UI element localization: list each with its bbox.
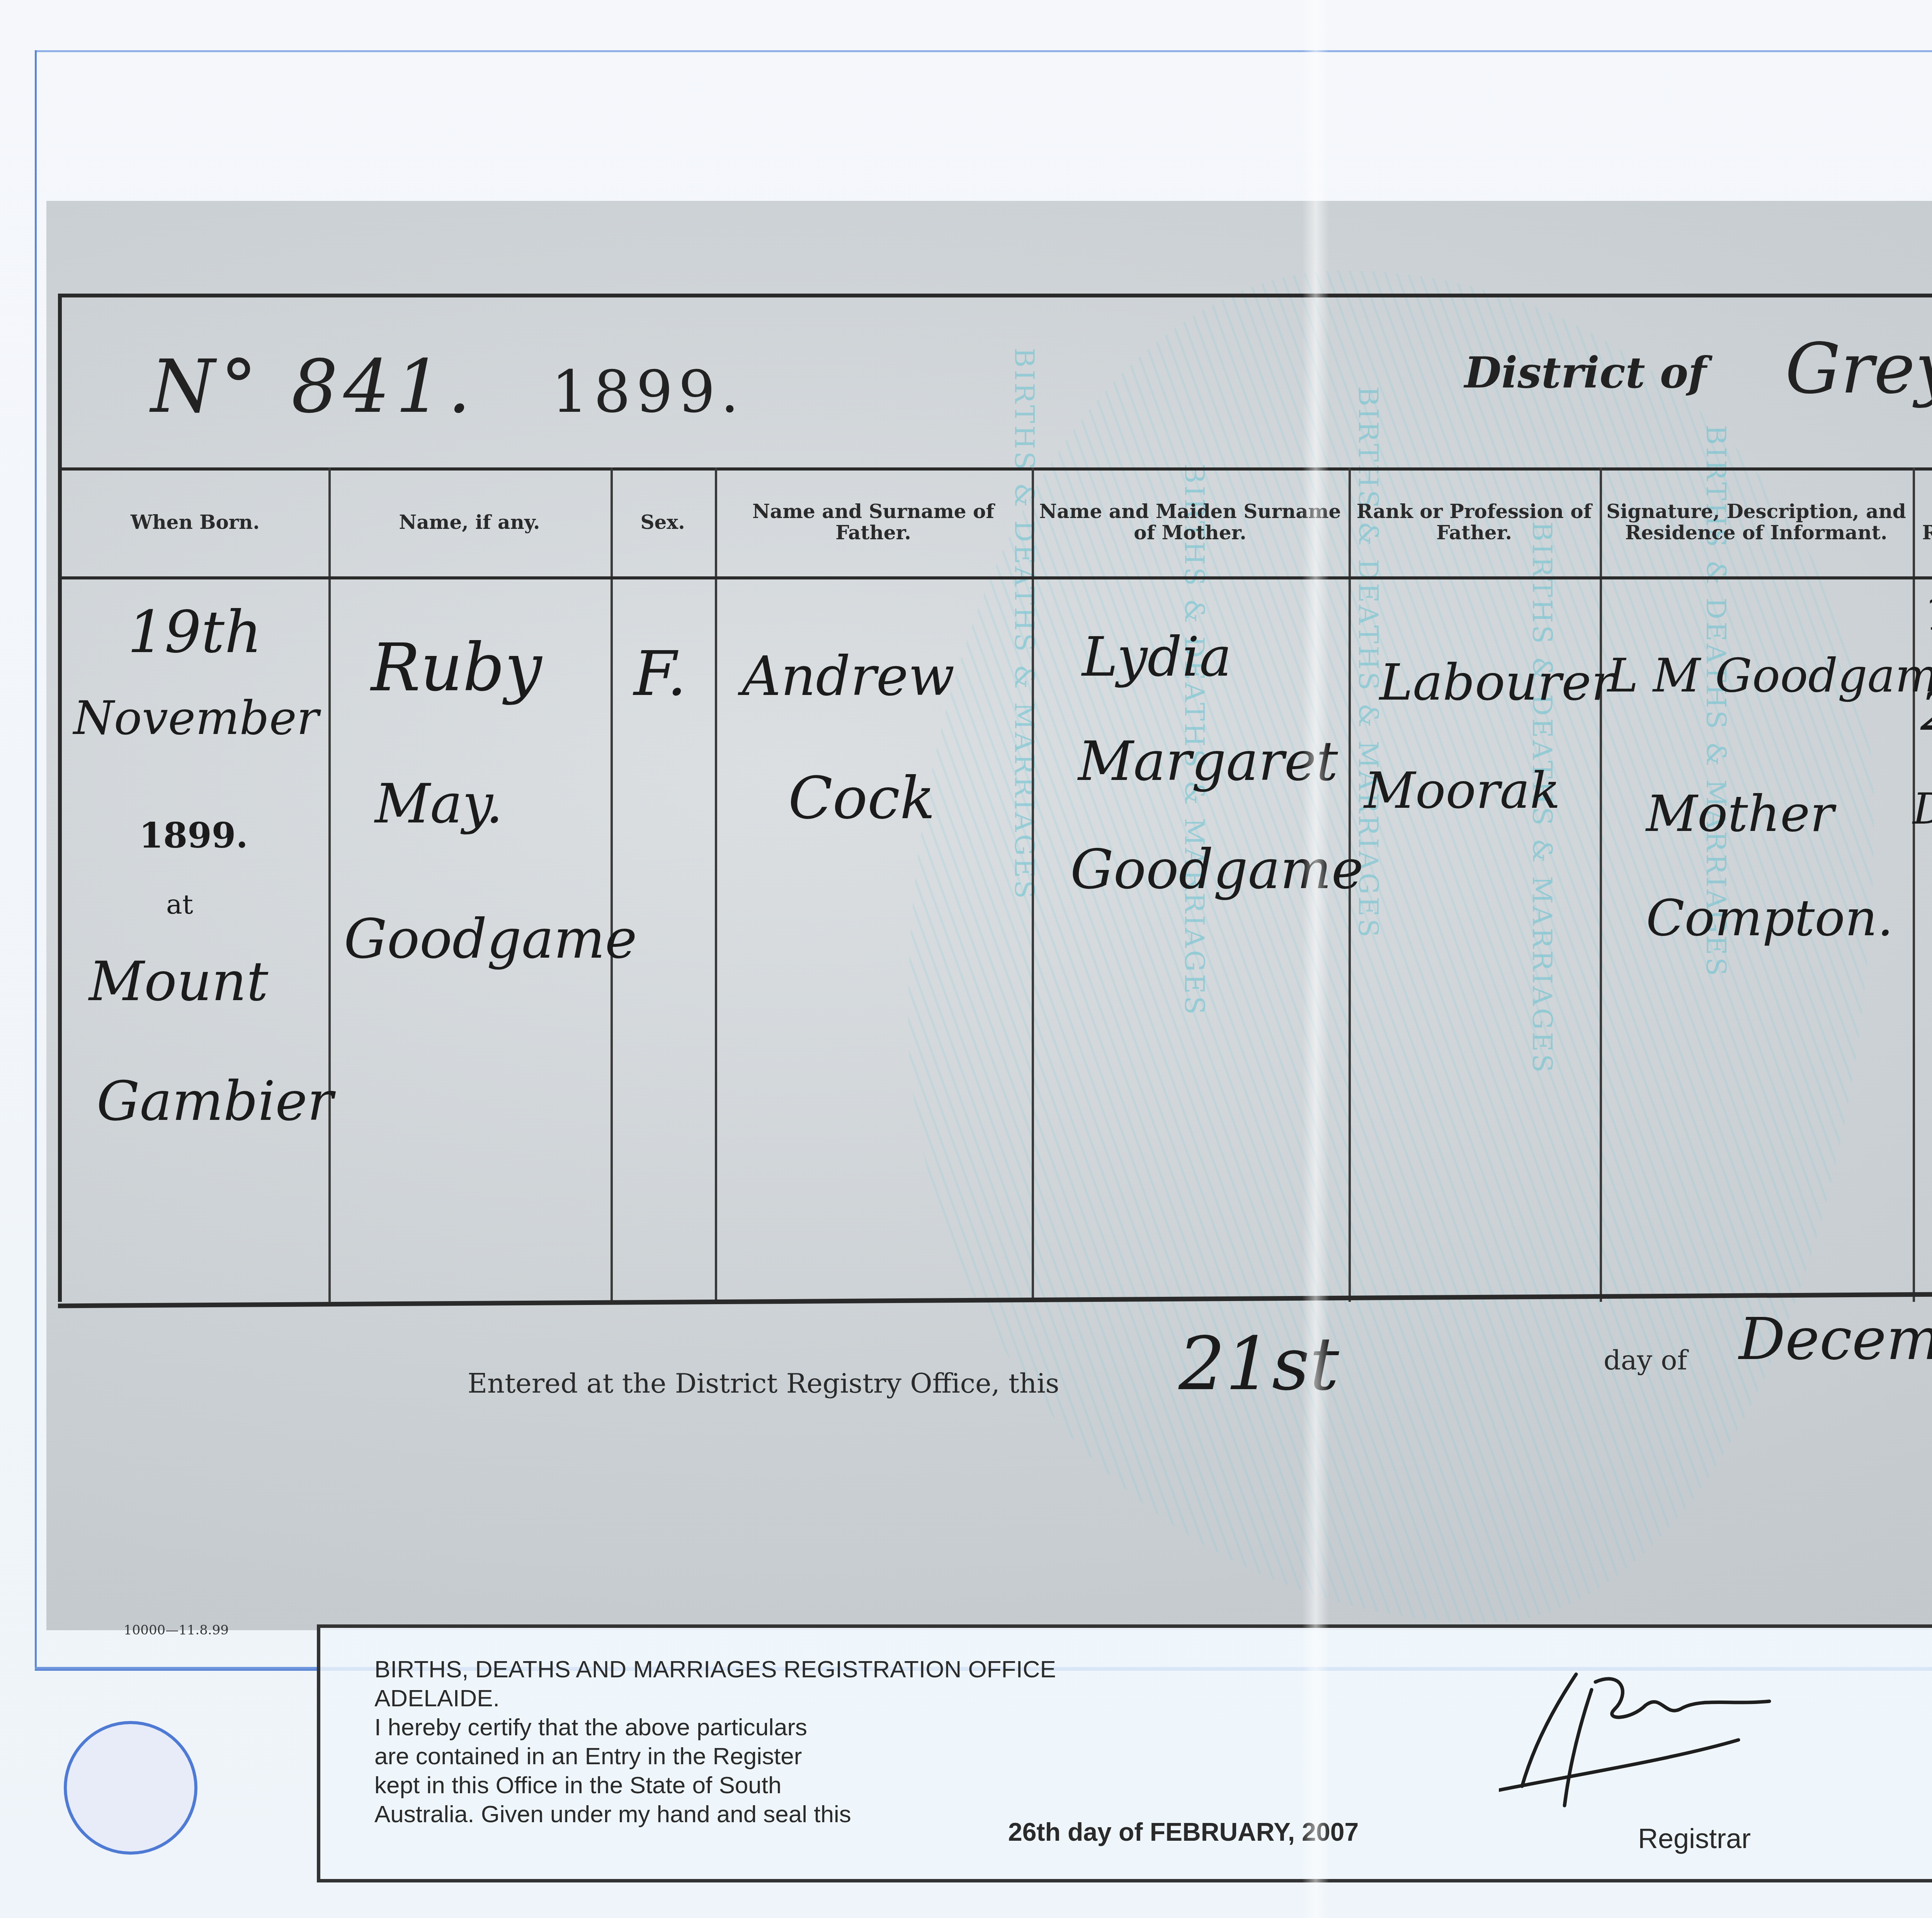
column-when-registered: When Registered. 1899. 21st December [1913, 467, 1932, 1302]
mother-first-name: Lydia [1082, 626, 1231, 689]
birth-place-line1: Mount [89, 950, 268, 1013]
cell-father: Andrew Cock [715, 583, 1032, 1298]
entered-text: Entered at the District Registry Office,… [468, 1368, 1060, 1399]
city-heading: ADELAIDE. [374, 1684, 1056, 1713]
entry-number: N° 841. 1899. [151, 344, 745, 429]
column-informant: Signature, Description, and Residence of… [1600, 467, 1915, 1302]
column-header: When Registered. [1913, 467, 1932, 579]
column-father-profession: Rank or Profession of Father. Labourer M… [1349, 467, 1602, 1302]
column-header: Sex. [611, 467, 715, 579]
informant-residence: Compton. [1646, 888, 1893, 947]
certification-text: BIRTHS, DEATHS AND MARRIAGES REGISTRATIO… [374, 1655, 1056, 1829]
column-sex: Sex. F. [611, 467, 717, 1302]
father-profession: Labourer [1379, 653, 1615, 712]
register-entry-table: N° 841. 1899. District of Grey. 171 When… [58, 294, 1932, 1302]
entry-number-value: N° 841. [151, 344, 476, 429]
entry-year: 1899. [551, 358, 744, 426]
cert-body-line: Australia. Given under my hand and seal … [374, 1800, 1056, 1829]
child-surname: Goodgame [344, 908, 637, 971]
register-columns: When Born. 19th November 1899. at Mount … [62, 467, 1932, 1302]
district-label: District of [1464, 348, 1706, 398]
form-code: 10000—11.8.99 [124, 1622, 229, 1638]
registered-day: 21st [1920, 680, 1932, 743]
cell-mother: Lydia Margaret Goodgame [1032, 583, 1349, 1298]
birth-month: November [73, 691, 319, 745]
column-header: Name and Surname of Father. [715, 467, 1032, 579]
birth-day: 19th [128, 599, 262, 666]
mother-middle-name: Margaret [1078, 730, 1338, 793]
father-first-name: Andrew [742, 645, 955, 708]
registered-month: December [1913, 784, 1932, 834]
column-header: Name, if any. [328, 467, 611, 579]
cert-body-line: are contained in an Entry in the Registe… [374, 1742, 1056, 1771]
father-surname: Cock [788, 765, 935, 832]
column-header: Rank or Profession of Father. [1349, 467, 1600, 579]
cell-father-profession: Labourer Moorak [1349, 583, 1600, 1298]
registrar-signature-mark [1499, 1659, 1932, 1813]
cell-when-registered: 1899. 21st December [1913, 583, 1932, 1298]
cell-sex: F. [611, 583, 715, 1298]
paper-fold [1302, 0, 1329, 1918]
birth-year: 1899. [139, 815, 248, 856]
certification-box: BIRTHS, DEATHS AND MARRIAGES REGISTRATIO… [317, 1624, 1932, 1882]
child-middle-name: May. [375, 773, 503, 836]
column-name: Name, if any. Ruby May. Goodgame [328, 467, 613, 1302]
column-header: When Born. [62, 467, 328, 579]
register-header: N° 841. 1899. District of Grey. 171 [62, 297, 1932, 471]
informant-description: Mother [1646, 784, 1834, 843]
child-sex: F. [634, 637, 687, 710]
column-when-born: When Born. 19th November 1899. at Mount … [62, 467, 331, 1302]
column-header: Name and Maiden Surname of Mother. [1032, 467, 1349, 579]
registrar-label: Registrar [1638, 1823, 1751, 1855]
certificate-page: BIRTHS & DEATHS & MARRIAGES BIRTHS & DEA… [0, 0, 1932, 1918]
registered-year: 1899. [1924, 587, 1932, 641]
entered-month: December. [1739, 1306, 1932, 1373]
cell-when-born: 19th November 1899. at Mount Gambier [62, 583, 328, 1298]
birth-at: at [166, 888, 193, 920]
father-residence: Moorak [1364, 761, 1560, 820]
column-father: Name and Surname of Father. Andrew Cock [715, 467, 1034, 1302]
child-first-name: Ruby [371, 630, 542, 706]
informant-signature: L M Goodgame [1607, 649, 1932, 703]
birth-place-line2: Gambier [97, 1070, 333, 1133]
punch-hole [64, 1721, 197, 1855]
day-of-text: day of [1604, 1344, 1687, 1376]
cert-body-line: I hereby certify that the above particul… [374, 1713, 1056, 1742]
cell-informant: L M Goodgame Mother Compton. [1600, 583, 1913, 1298]
office-heading: BIRTHS, DEATHS AND MARRIAGES REGISTRATIO… [374, 1655, 1056, 1684]
district-value: Grey. [1785, 328, 1932, 409]
cert-body-line: kept in this Office in the State of Sout… [374, 1771, 1056, 1800]
cell-name: Ruby May. Goodgame [328, 583, 611, 1298]
column-header: Signature, Description, and Residence of… [1600, 467, 1913, 579]
